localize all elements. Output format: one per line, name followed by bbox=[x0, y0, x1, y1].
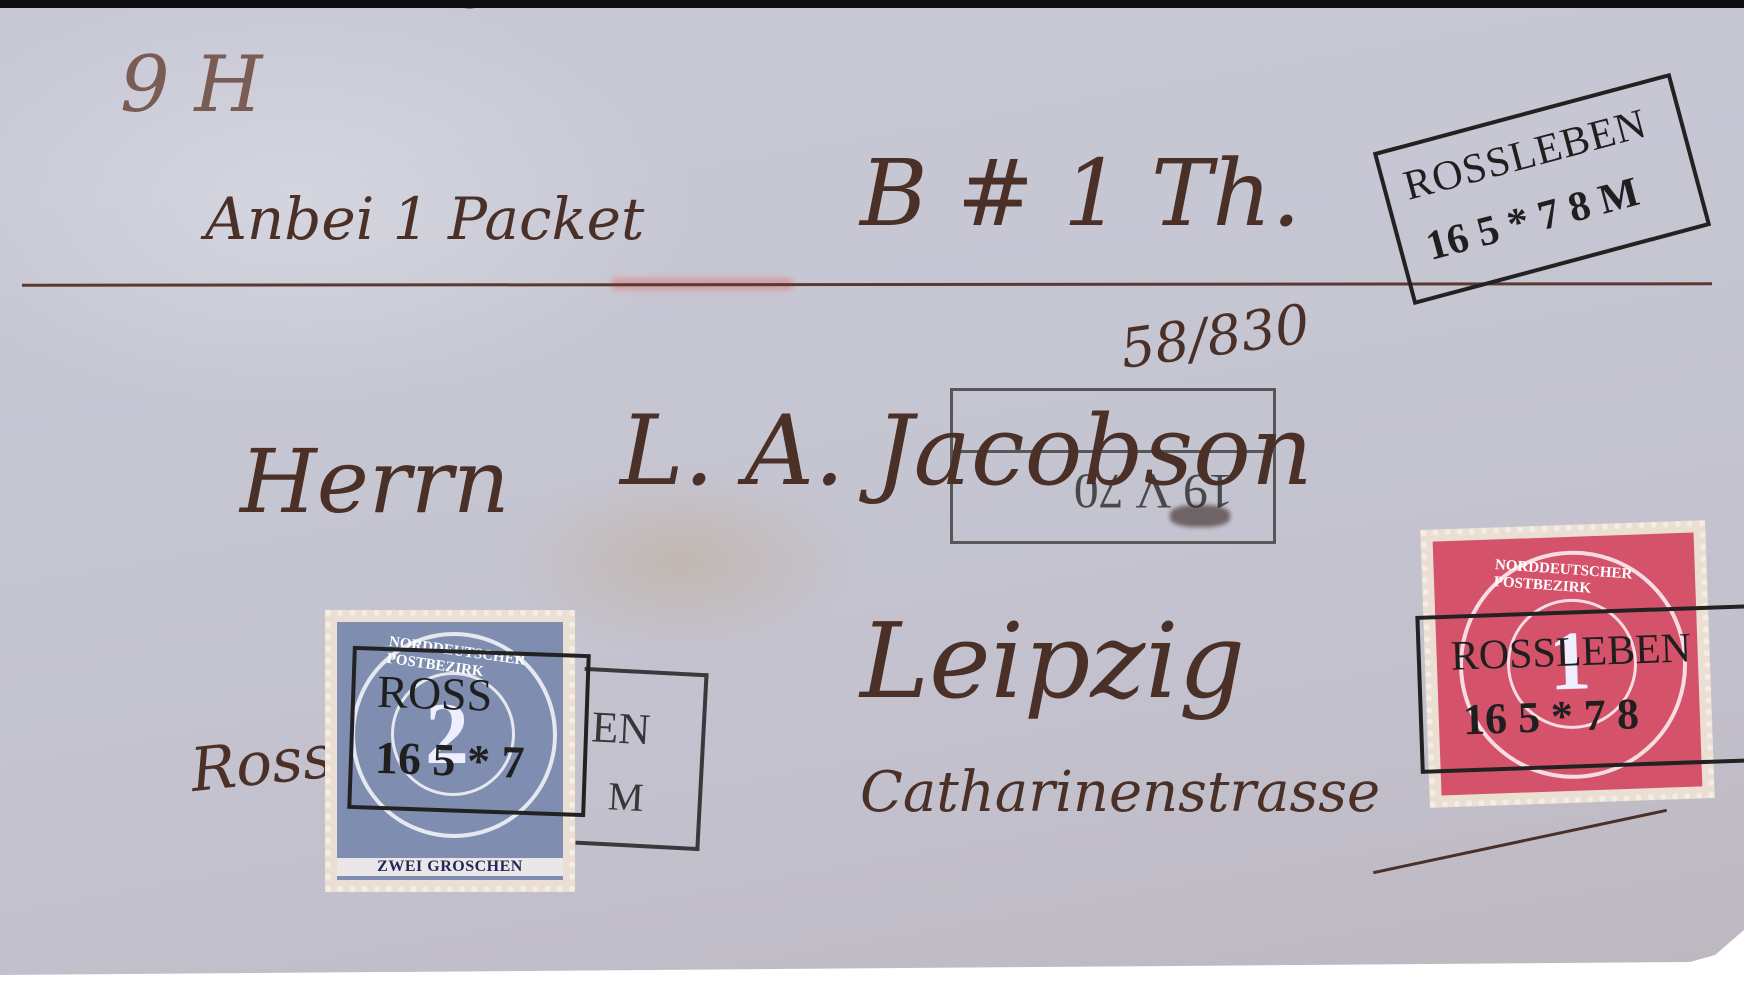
address-city: Leipzig bbox=[860, 600, 1245, 722]
address-salutation: Herrn bbox=[240, 430, 510, 533]
postmark-date: M bbox=[607, 772, 645, 821]
scan-edge bbox=[0, 0, 1744, 8]
top-left-note: 9 H bbox=[120, 40, 262, 130]
address-name: L. A. Jacobson bbox=[620, 395, 1313, 507]
postmark-town: EN bbox=[590, 701, 651, 755]
postmark-date: 16 5 * 7 8 bbox=[1462, 688, 1640, 745]
registration-line: Anbei 1 Packet bbox=[205, 185, 644, 253]
ink-smudge bbox=[1170, 505, 1230, 527]
postmark-town: ROSS bbox=[376, 665, 493, 722]
postmark-ross-left: ROSS 16 5 * 7 bbox=[347, 646, 591, 817]
postmark-partial: EN M bbox=[575, 667, 708, 851]
registration-value: B # 1 Th. bbox=[860, 140, 1301, 247]
postmark-town: ROSSLEBEN bbox=[1450, 624, 1692, 680]
stamp-label: ZWEI GROSCHEN bbox=[337, 858, 563, 876]
postmark-date: 16 5 * 7 bbox=[374, 731, 525, 789]
address-street: Catharinenstrasse bbox=[860, 760, 1380, 825]
postmark-rossleben-right: ROSSLEBEN 16 5 * 7 8 bbox=[1415, 604, 1744, 774]
